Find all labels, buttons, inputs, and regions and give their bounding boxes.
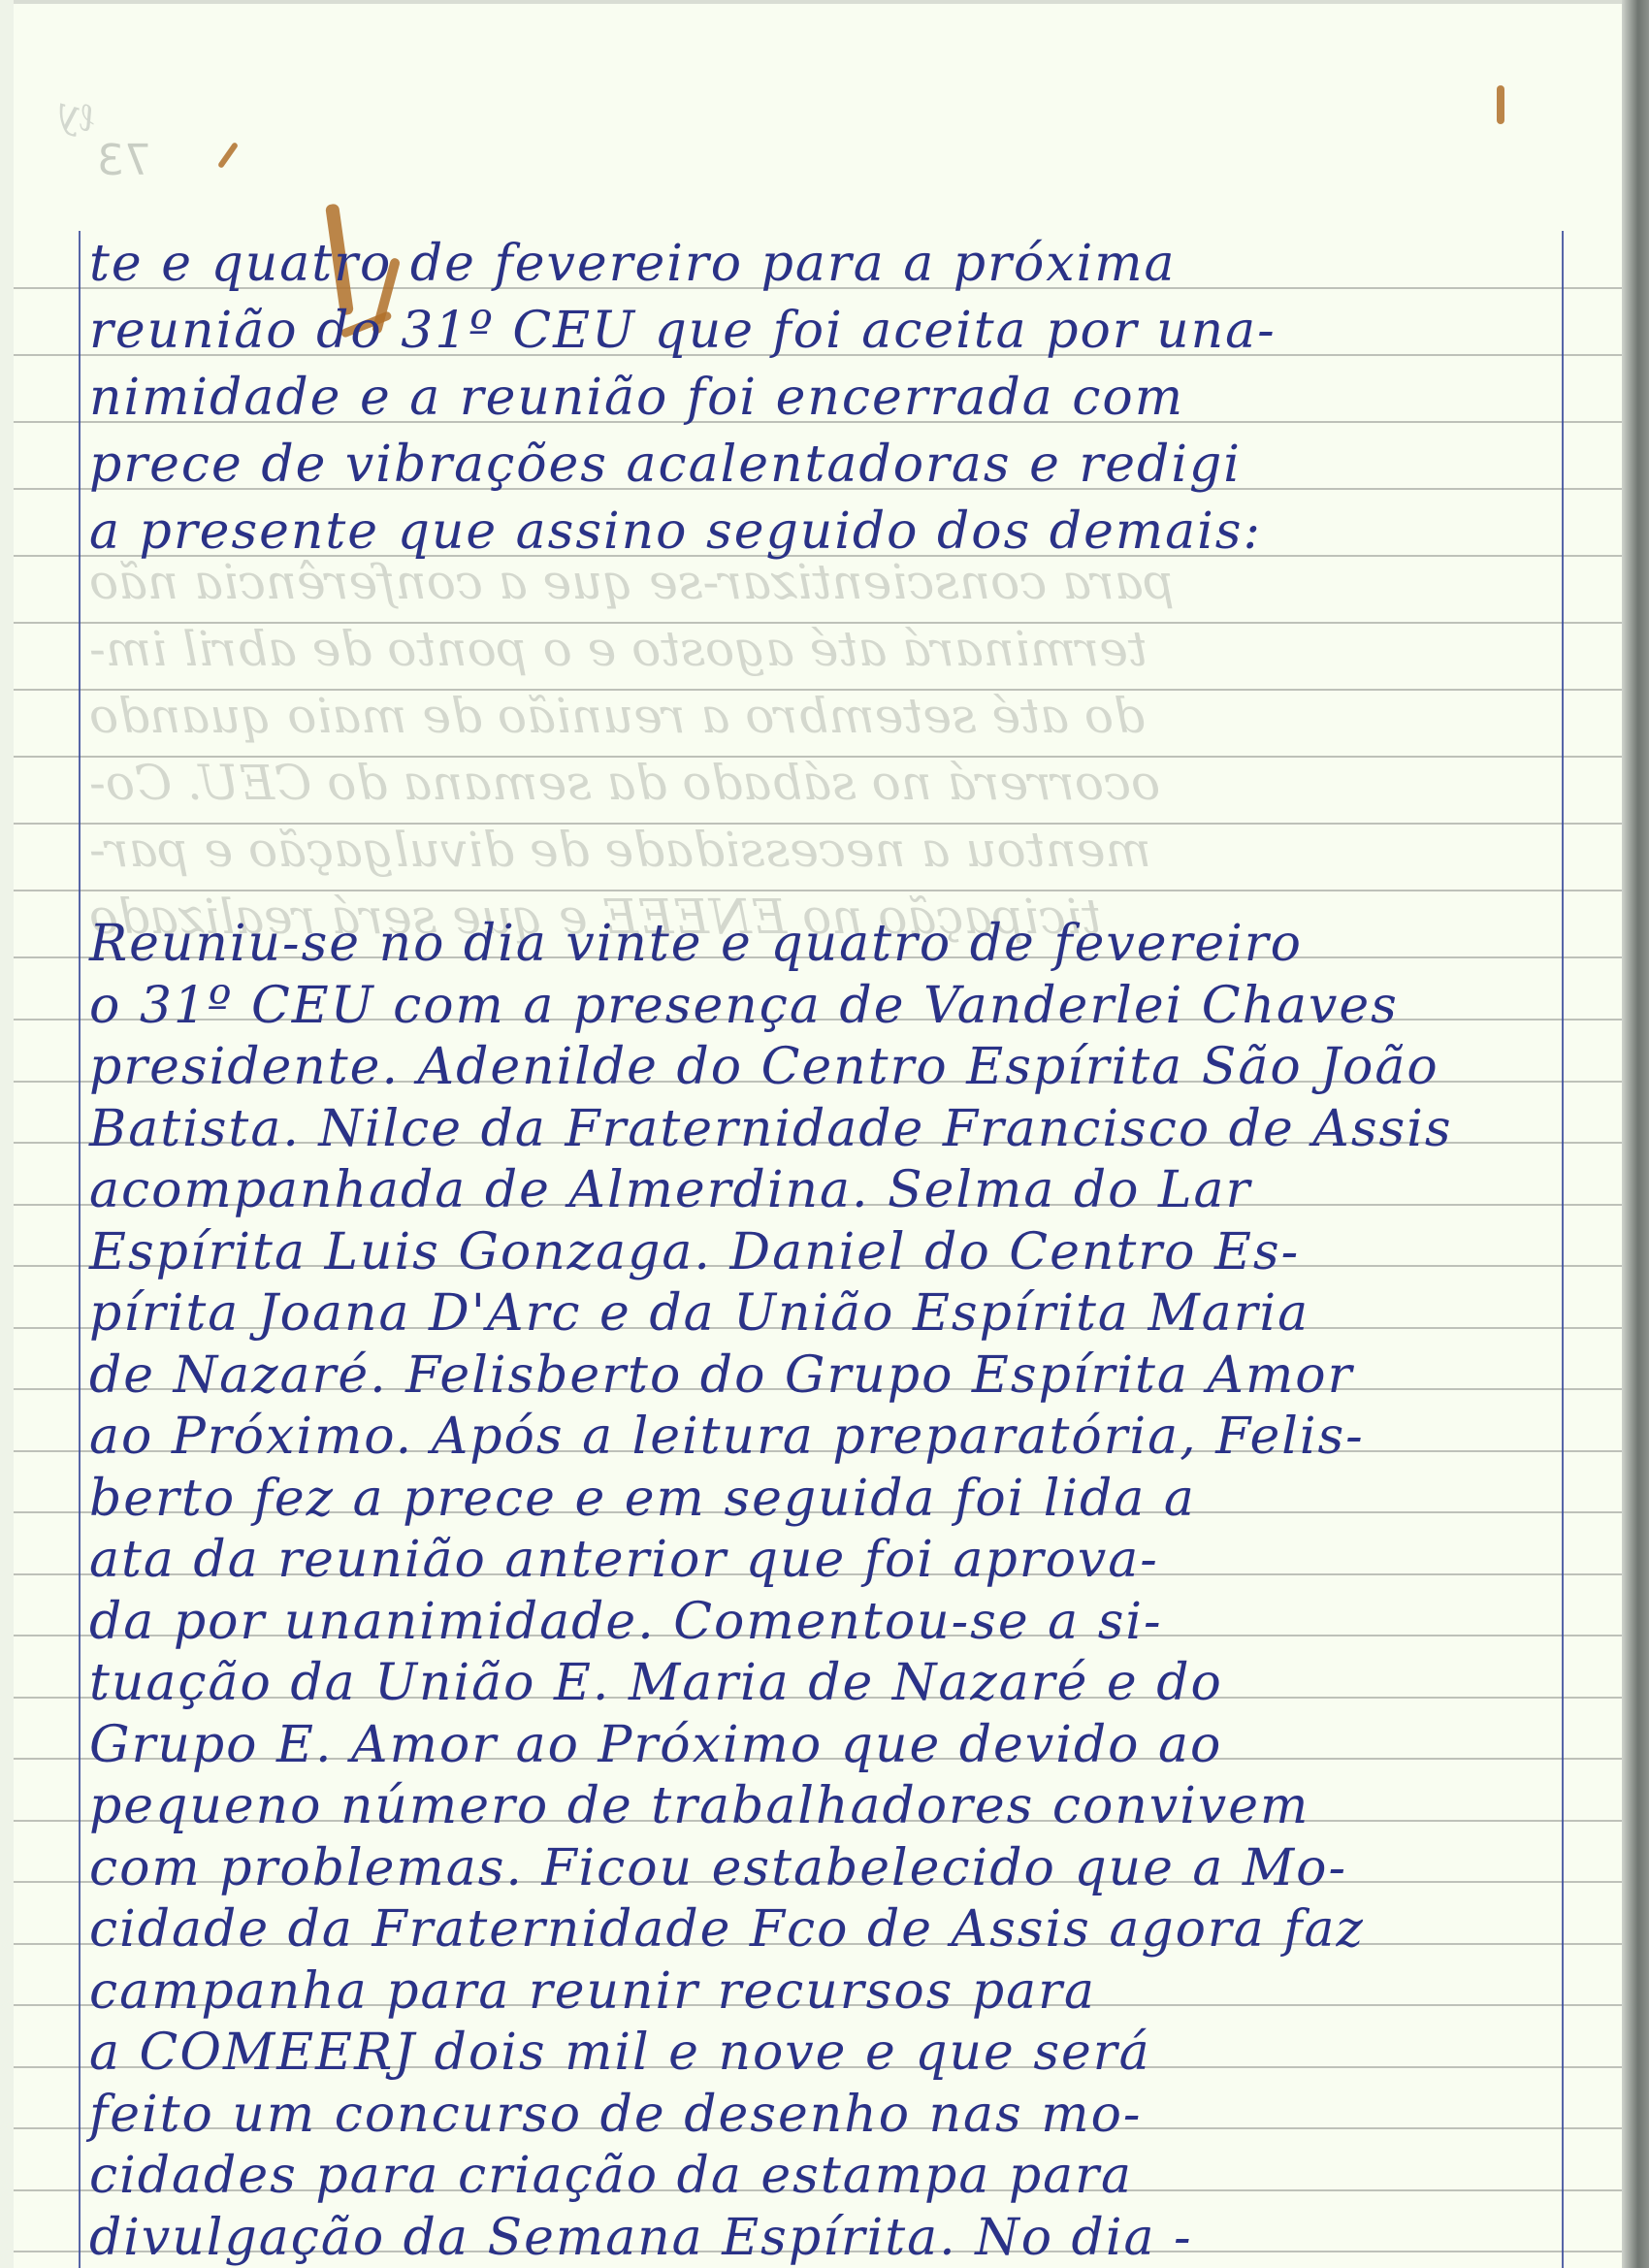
handwritten-line: acompanhada de Almerdina. Selma do Lar	[89, 1160, 1556, 1222]
bleed-line: mentou a necessidade de divulgação e par…	[89, 817, 1556, 884]
handwritten-line: ao Próximo. Após a leitura preparatória,…	[89, 1407, 1556, 1469]
handwritten-line: cidade da Fraternidade Fco de Assis agor…	[89, 1899, 1556, 1961]
handwritten-line: nimidade e a reunião foi encerrada com	[89, 365, 1556, 432]
handwritten-line: Espírita Luis Gonzaga. Daniel do Centro …	[89, 1222, 1556, 1284]
handwritten-line: feito um concurso de desenho nas mo-	[89, 2085, 1556, 2147]
page-binding-shadow	[1622, 0, 1649, 2268]
handwritten-line: pequeno número de trabalhadores convivem	[89, 1776, 1556, 1838]
bleed-line: ocorrerá no sábado da semana do CEU. Co-	[89, 750, 1556, 817]
handwritten-line: tuação da União E. Maria de Nazaré e do	[89, 1653, 1556, 1715]
handwritten-line: berto fez a prece e em seguida foi lida …	[89, 1469, 1556, 1531]
bleed-line: terminará até agosto e o ponto de abril …	[89, 616, 1556, 683]
handwritten-line: pírita Joana D'Arc e da União Espírita M…	[89, 1283, 1556, 1345]
handwritten-line: com problemas. Ficou estabelecido que a …	[89, 1838, 1556, 1900]
bleed-through-text: para conscientizar-se que a conferência …	[89, 549, 1556, 951]
handwritten-line: Reuniu-se no dia vinte e quatro de fever…	[89, 914, 1556, 976]
handwritten-line: a presente que assino seguido dos demais…	[89, 499, 1556, 566]
handwritten-line: Grupo E. Amor ao Próximo que devido ao	[89, 1715, 1556, 1777]
notebook-page: ℓy 73 para conscientizar-se que a confer…	[0, 0, 1622, 2268]
handwritten-line: campanha para reunir recursos para	[89, 1961, 1556, 2024]
left-margin-line	[79, 231, 81, 2268]
bleed-through-initials: ℓy	[53, 88, 102, 143]
page-left-edge	[0, 0, 14, 2268]
handwritten-line: te e quatro de fevereiro para a próxima	[89, 231, 1556, 298]
page-top-edge	[0, 0, 1622, 4]
handwritten-line: reunião do 31º CEU que foi aceita por un…	[89, 298, 1556, 365]
ink-stain-top-right	[1497, 85, 1504, 124]
handwritten-line: de Nazaré. Felisberto do Grupo Espírita …	[89, 1345, 1556, 1408]
handwritten-line: prece de vibrações acalentadoras e redig…	[89, 432, 1556, 499]
handwritten-line: presidente. Adenilde do Centro Espírita …	[89, 1037, 1556, 1099]
handwritten-line: o 31º CEU com a presença de Vanderlei Ch…	[89, 976, 1556, 1038]
handwritten-line: cidades para criação da estampa para	[89, 2146, 1556, 2208]
handwritten-line: Batista. Nilce da Fraternidade Francisco…	[89, 1099, 1556, 1161]
handwritten-line: da por unanimidade. Comentou-se a si-	[89, 1592, 1556, 1654]
bleed-through-page-number: 73	[97, 136, 151, 185]
main-entry-text: Reuniu-se no dia vinte e quatro de fever…	[89, 914, 1556, 2268]
handwritten-line: a COMEERJ dois mil e nove e que será	[89, 2023, 1556, 2085]
top-entry-text: te e quatro de fevereiro para a próxima …	[89, 231, 1556, 566]
ink-stain-small	[217, 142, 239, 169]
right-margin-line	[1562, 231, 1564, 2268]
handwritten-line: divulgação da Semana Espírita. No dia -	[89, 2208, 1556, 2268]
bleed-line: do até setembro a reunião de maio quando	[89, 683, 1556, 750]
handwritten-line: ata da reunião anterior que foi aprova-	[89, 1530, 1556, 1592]
